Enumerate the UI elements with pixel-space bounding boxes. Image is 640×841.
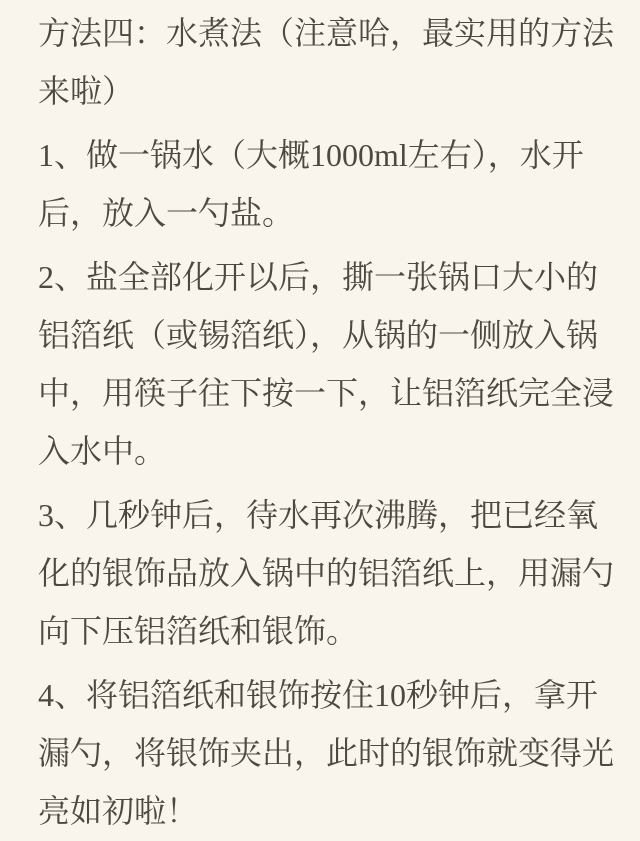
paragraph-step-4: 4、将铝箔纸和银饰按住10秒钟后，拿开 漏勺，将银饰夹出，此时的银饰就变得光 亮… — [38, 666, 622, 840]
step-3-line-1: 3、几秒钟后，待水再次沸腾，把已经氧 — [38, 486, 622, 544]
article-body: 方法四：水煮法（注意哈，最实用的方法 来啦） 1、做一锅水（大概1000ml左右… — [0, 0, 640, 840]
paragraph-step-2: 2、盐全部化开以后，撕一张锅口大小的 铝箔纸（或锡箔纸），从锅的一侧放入锅 中，… — [38, 248, 622, 480]
step-3-line-3: 向下压铝箔纸和银饰。 — [38, 602, 622, 660]
step-1-line-1: 1、做一锅水（大概1000ml左右），水开 — [38, 126, 622, 184]
step-4-line-3: 亮如初啦！ — [38, 782, 622, 840]
step-1-line-2: 后，放入一勺盐。 — [38, 184, 622, 242]
step-2-line-2: 铝箔纸（或锡箔纸），从锅的一侧放入锅 — [38, 306, 622, 364]
step-2-line-4: 入水中。 — [38, 422, 622, 480]
step-3-line-2: 化的银饰品放入锅中的铝箔纸上，用漏勺 — [38, 544, 622, 602]
paragraph-heading: 方法四：水煮法（注意哈，最实用的方法 来啦） — [38, 4, 622, 120]
step-2-line-1: 2、盐全部化开以后，撕一张锅口大小的 — [38, 248, 622, 306]
paragraph-step-3: 3、几秒钟后，待水再次沸腾，把已经氧 化的银饰品放入锅中的铝箔纸上，用漏勺 向下… — [38, 486, 622, 660]
heading-line-2: 来啦） — [38, 62, 622, 120]
step-4-line-1: 4、将铝箔纸和银饰按住10秒钟后，拿开 — [38, 666, 622, 724]
heading-line-1: 方法四：水煮法（注意哈，最实用的方法 — [38, 4, 622, 62]
paragraph-step-1: 1、做一锅水（大概1000ml左右），水开 后，放入一勺盐。 — [38, 126, 622, 242]
step-2-line-3: 中，用筷子往下按一下，让铝箔纸完全浸 — [38, 364, 622, 422]
step-4-line-2: 漏勺，将银饰夹出，此时的银饰就变得光 — [38, 724, 622, 782]
